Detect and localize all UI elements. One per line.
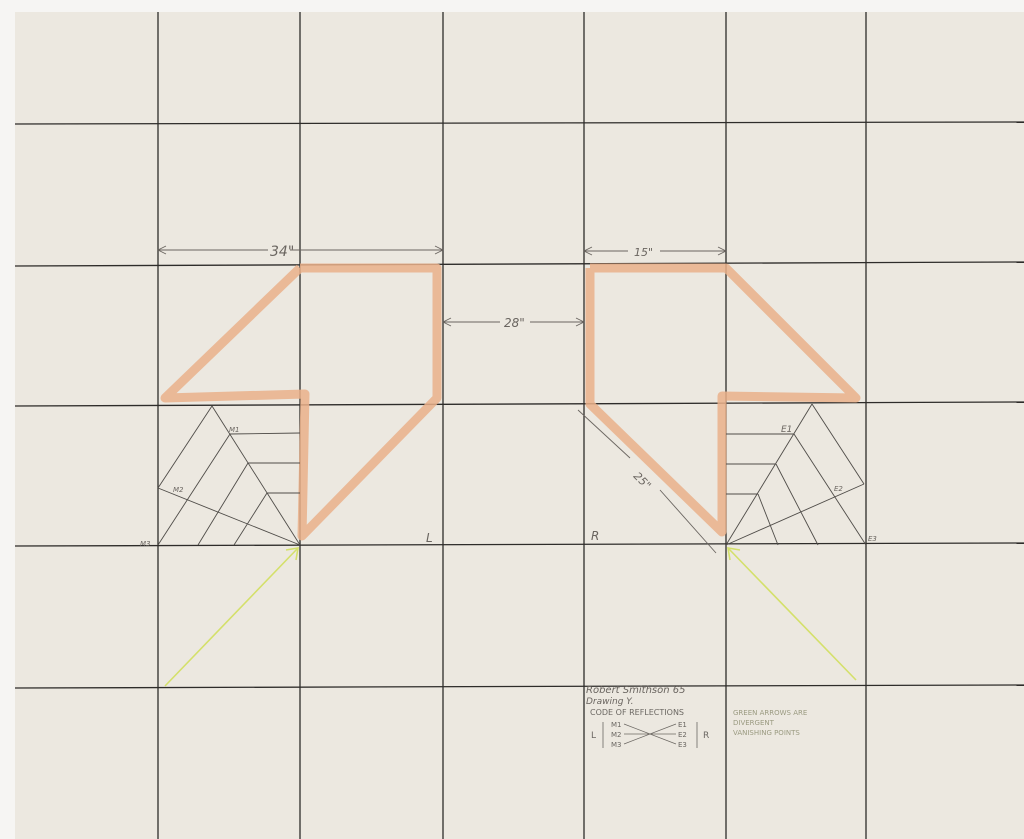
artwork-frame: 34" 15" 28" 25" L R M1 M2 M3 E1 E2 E3 Ro… [0, 0, 1024, 839]
label-right: R [591, 529, 599, 543]
left-shape-outline [165, 268, 437, 536]
label-left: L [426, 531, 433, 545]
legend-right: R [703, 731, 709, 741]
right-green-arrow [728, 548, 856, 680]
grid [15, 12, 1024, 839]
dim-gap: 28" [504, 316, 525, 330]
label-m2: M2 [173, 486, 184, 494]
label-e1: E1 [781, 425, 792, 435]
legend-m1: M1 [611, 721, 622, 729]
legend-note-2: DIVERGENT [733, 719, 775, 727]
legend-e3: E3 [678, 741, 687, 749]
legend-m2: M2 [611, 731, 622, 739]
legend-left: L [591, 731, 596, 741]
legend: Robert Smithson 65 Drawing Y. CODE OF RE… [586, 685, 807, 749]
legend-note-3: VANISHING POINTS [733, 729, 800, 737]
drawing-title: Drawing Y. [586, 697, 633, 707]
legend-note-1: GREEN ARROWS ARE [733, 709, 807, 717]
dim-diagonal: 25" [631, 470, 654, 493]
label-m1: M1 [229, 426, 240, 434]
legend-m3: M3 [611, 741, 622, 749]
label-e3: E3 [868, 535, 877, 543]
dim-left-span: 34" [270, 244, 294, 260]
dim-right-span: 15" [634, 246, 653, 259]
drawing-canvas: 34" 15" 28" 25" L R M1 M2 M3 E1 E2 E3 Ro… [0, 0, 1024, 839]
left-green-arrow [165, 548, 298, 686]
label-e2: E2 [834, 485, 843, 493]
signature: Robert Smithson 65 [586, 685, 685, 696]
legend-heading: CODE OF REFLECTIONS [590, 708, 684, 717]
right-reflection-diagram [726, 404, 866, 545]
legend-e1: E1 [678, 721, 687, 729]
legend-e2: E2 [678, 731, 687, 739]
right-shape-outline [590, 268, 856, 532]
label-m3: M3 [140, 540, 151, 548]
green-arrows [165, 548, 856, 686]
